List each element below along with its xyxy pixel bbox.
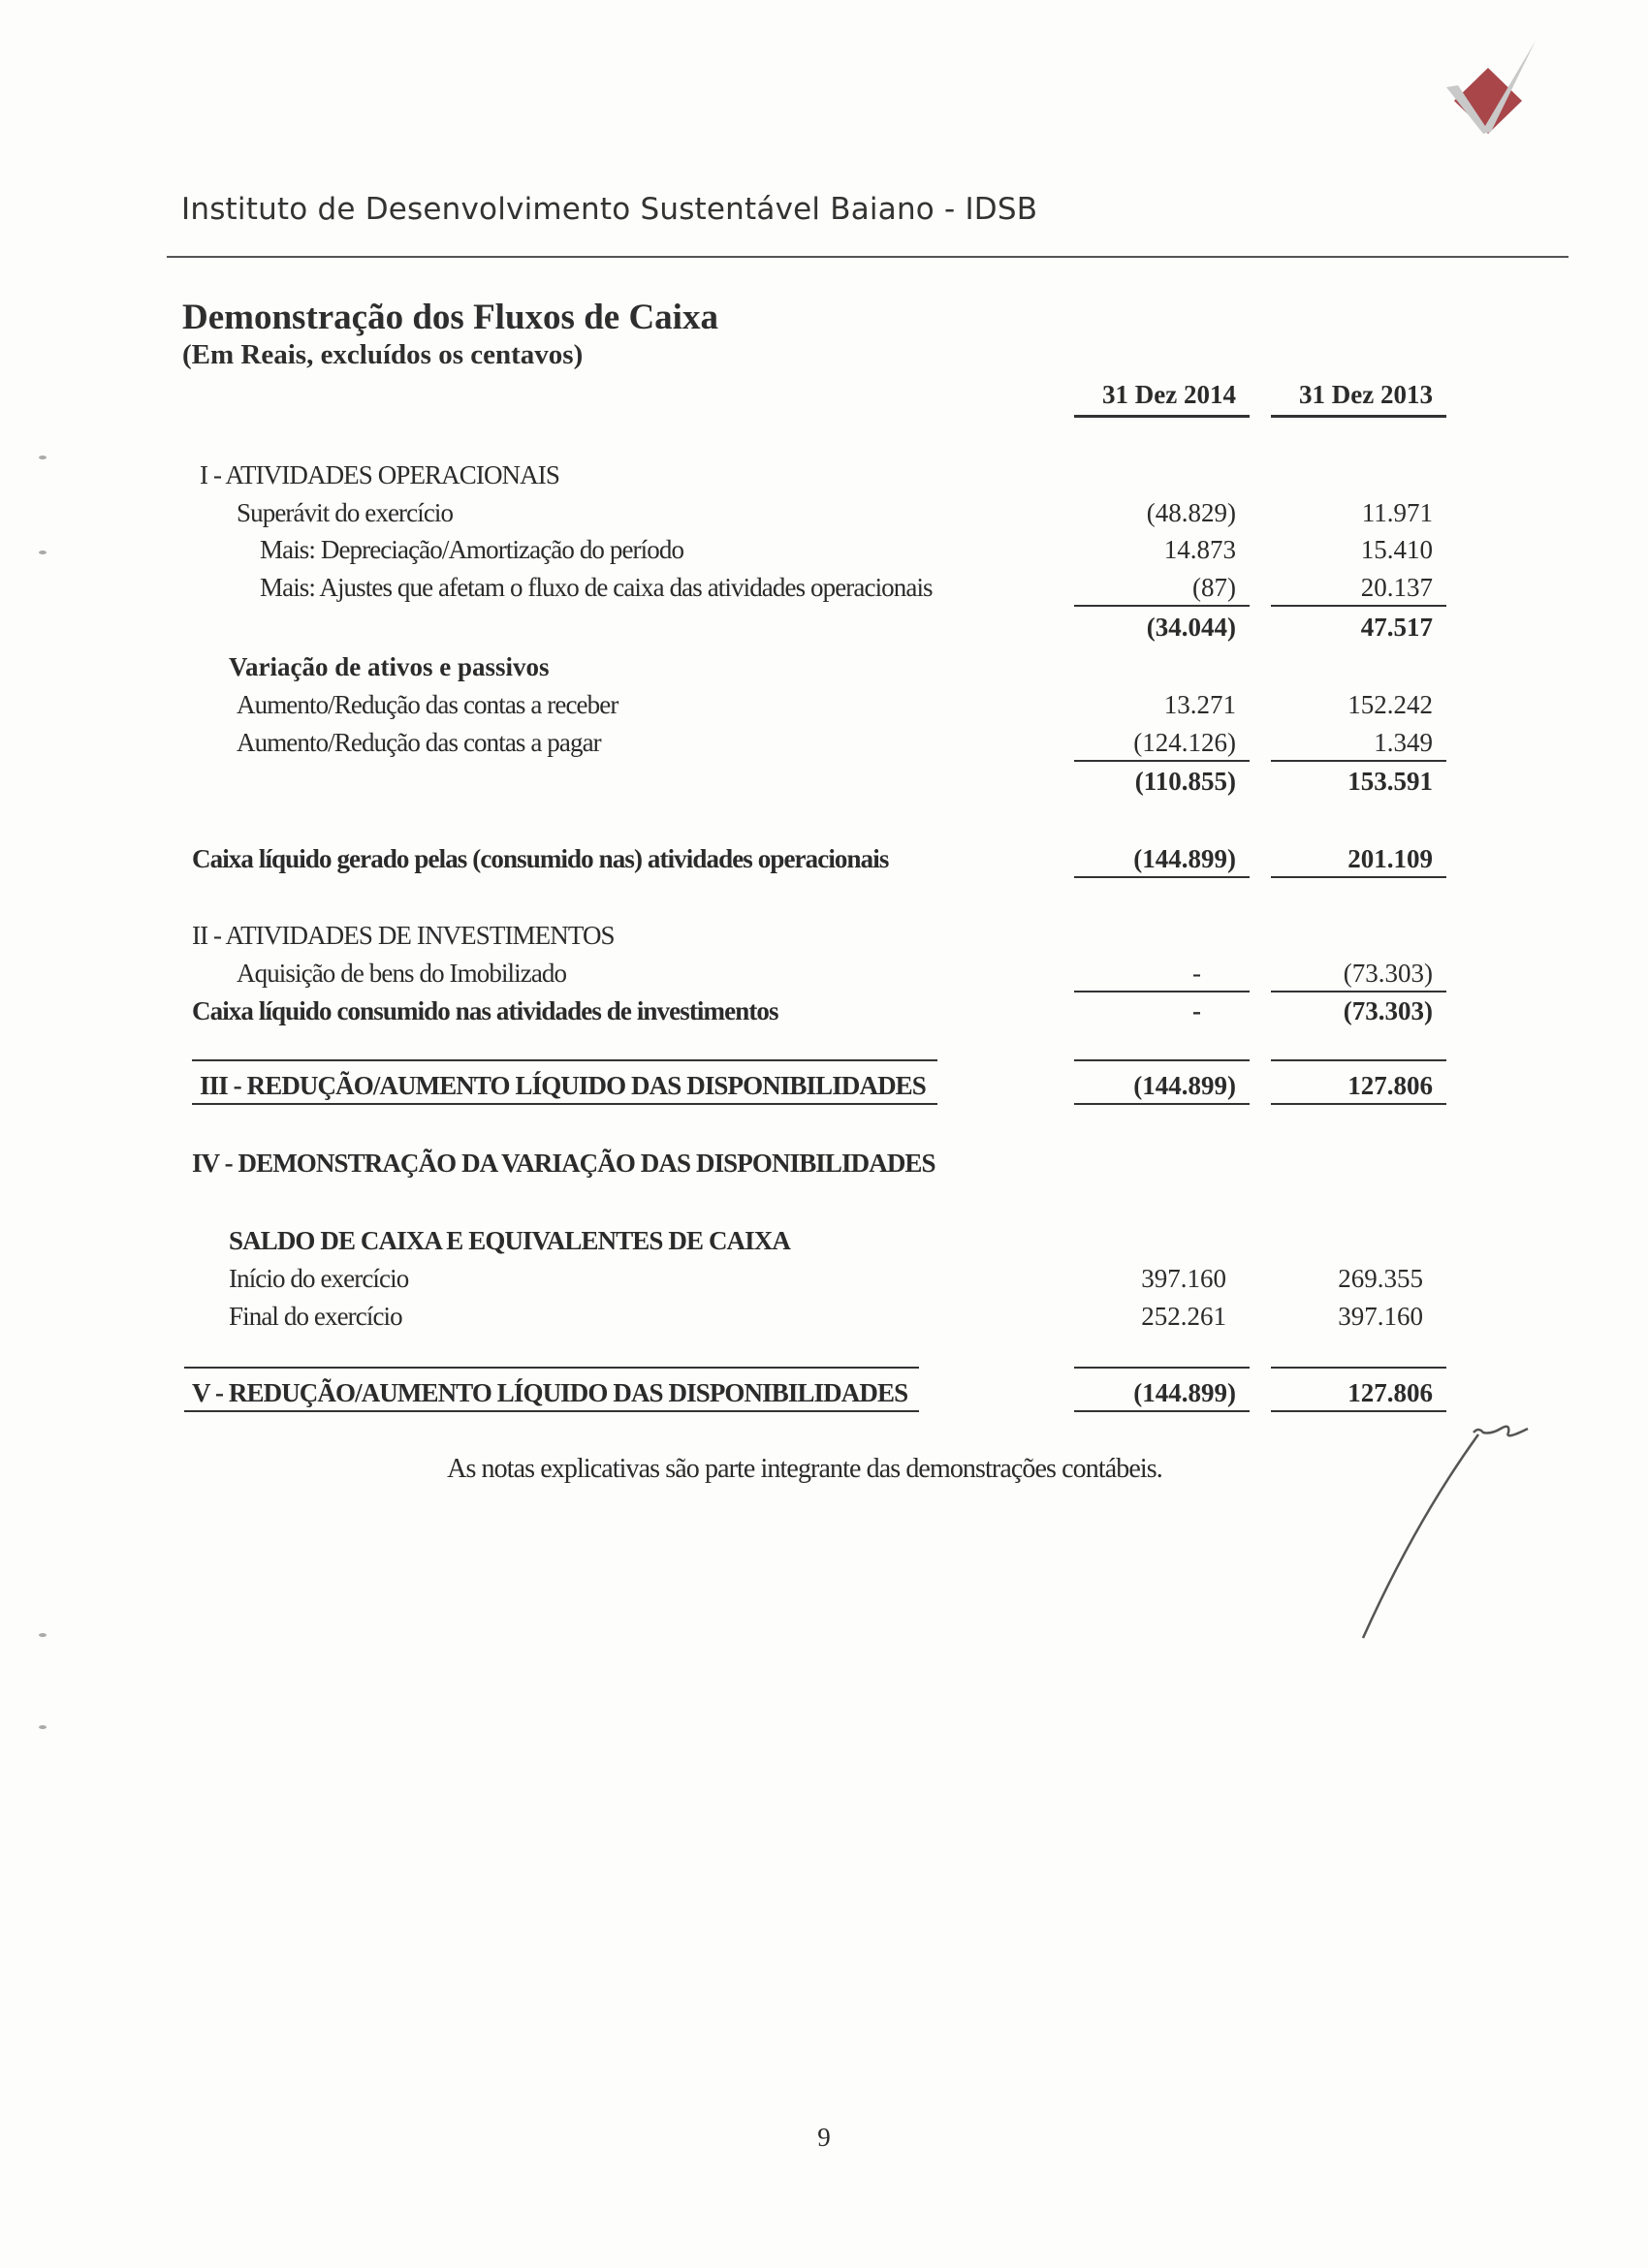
row-label: Superávit do exercício (237, 498, 453, 528)
value-2014: (144.899) (1074, 844, 1250, 874)
value-2014: (48.829) (1074, 498, 1250, 528)
total-operational-row: Caixa líquido gerado pelas (consumido na… (0, 844, 1648, 879)
value-2014: 252.261 (1074, 1302, 1250, 1332)
scan-speck (39, 456, 47, 459)
subtotal-2014: (110.855) (1074, 767, 1250, 797)
header-divider (167, 256, 1569, 258)
value-2013: 269.355 (1271, 1264, 1446, 1294)
table-row: Mais: Depreciação/Amortização do período… (0, 535, 1648, 570)
row-label: I - ATIVIDADES OPERACIONAIS (200, 460, 559, 490)
page-number: 9 (0, 2123, 1648, 2153)
value-2013: 127.806 (1271, 1071, 1446, 1101)
row-label: Caixa líquido consumido nas atividades d… (192, 996, 778, 1026)
column-header-2014: 31 Dez 2014 (1074, 380, 1250, 410)
value-2014: - (1074, 959, 1250, 989)
value-2013: 15.410 (1271, 535, 1446, 565)
row-label: Variação de ativos e passivos (229, 652, 550, 682)
table-row: Superávit do exercício (48.829) 11.971 (0, 498, 1648, 533)
value-2014: 14.873 (1074, 535, 1250, 565)
document-subtitle: (Em Reais, excluídos os centavos) (182, 339, 583, 371)
value-2013: 11.971 (1271, 498, 1446, 528)
subtotal-row: (110.855) 153.591 (0, 767, 1648, 802)
subsection-heading-cash-balance: SALDO DE CAIXA E EQUIVALENTES DE CAIXA (0, 1226, 1648, 1261)
table-row: Aumento/Redução das contas a pagar (124.… (0, 728, 1648, 763)
row-label: IV - DEMONSTRAÇÃO DA VARIAÇÃO DAS DISPON… (192, 1149, 935, 1179)
section-heading-operational: I - ATIVIDADES OPERACIONAIS (0, 460, 1648, 495)
diamond-checkmark-logo-icon (1435, 29, 1541, 145)
subtotal-2013: 153.591 (1271, 767, 1446, 797)
section-heading-investments: II - ATIVIDADES DE INVESTIMENTOS (0, 921, 1648, 956)
scan-speck (39, 1725, 47, 1729)
subtotal-row: (34.044) 47.517 (0, 613, 1648, 647)
value-2014: 13.271 (1074, 690, 1250, 720)
value-2014: (144.899) (1074, 1071, 1250, 1101)
row-label: SALDO DE CAIXA E EQUIVALENTES DE CAIXA (229, 1226, 790, 1256)
row-label: Caixa líquido gerado pelas (consumido na… (192, 844, 888, 874)
document-title: Demonstração dos Fluxos de Caixa (182, 297, 718, 338)
table-row: Final do exercício 252.261 397.160 (0, 1302, 1648, 1337)
table-row: Início do exercício 397.160 269.355 (0, 1264, 1648, 1299)
value-2014: (87) (1074, 573, 1250, 603)
value-2014: - (1074, 996, 1250, 1026)
table-row: Aumento/Redução das contas a receber 13.… (0, 690, 1648, 725)
scan-speck (39, 1633, 47, 1637)
row-label: Início do exercício (229, 1264, 408, 1294)
value-2013: (73.303) (1271, 959, 1446, 989)
column-header-2013: 31 Dez 2013 (1271, 380, 1446, 410)
section-heading-iv: IV - DEMONSTRAÇÃO DA VARIAÇÃO DAS DISPON… (0, 1149, 1648, 1183)
value-2014: 397.160 (1074, 1264, 1250, 1294)
table-row: Aquisição de bens do Imobilizado - (73.3… (0, 959, 1648, 993)
value-2013: 397.160 (1271, 1302, 1446, 1332)
value-2013: 152.242 (1271, 690, 1446, 720)
row-label: Aumento/Redução das contas a pagar (237, 728, 601, 758)
subtotal-2014: (34.044) (1074, 613, 1250, 643)
row-label: Aumento/Redução das contas a receber (237, 690, 618, 720)
value-2013: 201.109 (1271, 844, 1446, 874)
handwritten-signature-icon (1338, 1396, 1570, 1667)
subsection-heading-variation: Variação de ativos e passivos (0, 652, 1648, 687)
table-row: Mais: Ajustes que afetam o fluxo de caix… (0, 573, 1648, 608)
value-2014: (124.126) (1074, 728, 1250, 758)
value-2013: 20.137 (1271, 573, 1446, 603)
subtotal-2013: 47.517 (1271, 613, 1446, 643)
row-label: Final do exercício (229, 1302, 402, 1332)
scan-speck (39, 551, 47, 554)
row-label: Aquisição de bens do Imobilizado (237, 959, 566, 989)
value-2013: (73.303) (1271, 996, 1446, 1026)
value-2013: 1.349 (1271, 728, 1446, 758)
row-label: III - REDUÇÃO/AUMENTO LÍQUIDO DAS DISPON… (200, 1071, 926, 1101)
section-iii-net-change-row: III - REDUÇÃO/AUMENTO LÍQUIDO DAS DISPON… (0, 1071, 1648, 1106)
total-investments-row: Caixa líquido consumido nas atividades d… (0, 996, 1648, 1031)
row-label: Mais: Depreciação/Amortização do período (260, 535, 683, 565)
value-2014: (144.899) (1074, 1378, 1250, 1408)
organization-header: Instituto de Desenvolvimento Sustentável… (181, 192, 1037, 227)
row-label: V - REDUÇÃO/AUMENTO LÍQUIDO DAS DISPONIB… (192, 1378, 907, 1408)
row-label: Mais: Ajustes que afetam o fluxo de caix… (260, 573, 933, 603)
row-label: II - ATIVIDADES DE INVESTIMENTOS (192, 921, 615, 951)
